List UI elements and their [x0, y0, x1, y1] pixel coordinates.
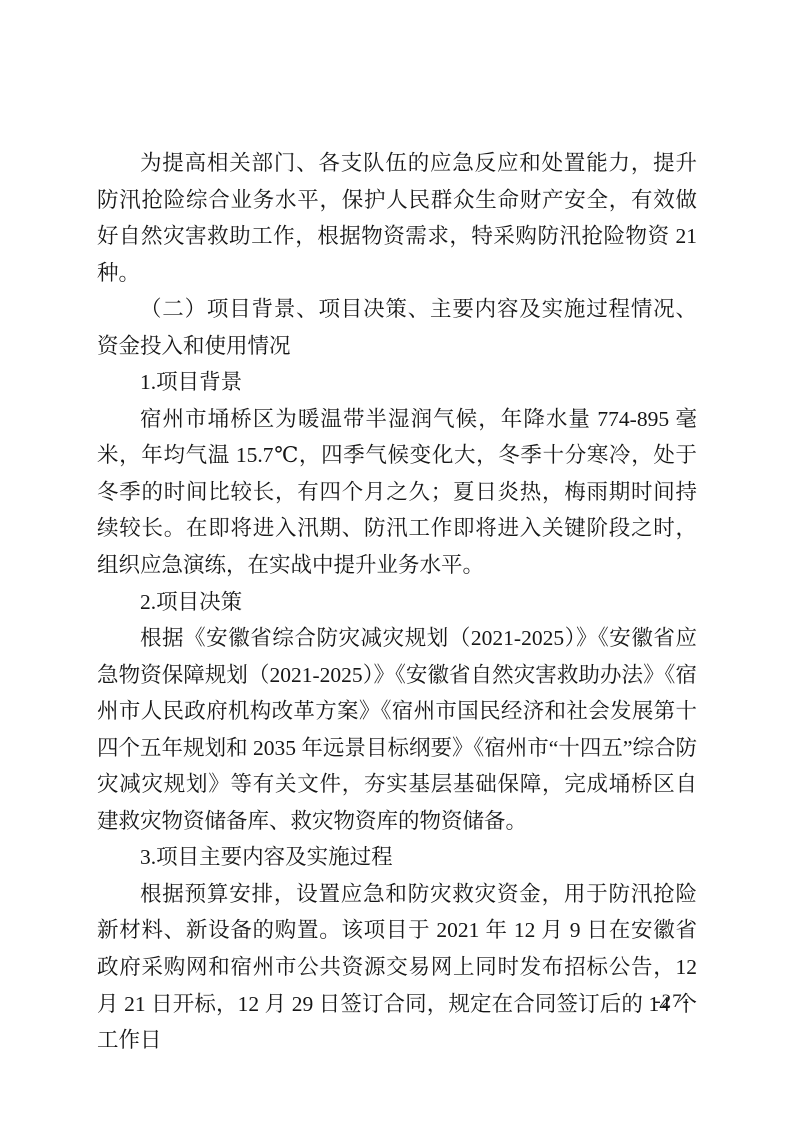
- body-paragraph: 根据预算安排，设置应急和防灾救灾资金，用于防汛抢险新材料、新设备的购置。该项目于…: [97, 876, 697, 1059]
- body-paragraph: 宿州市埇桥区为暖温带半湿润气候，年降水量 774-895 毫米，年均气温 15.…: [97, 401, 697, 584]
- heading-paragraph: 1.项目背景: [97, 364, 697, 401]
- heading-paragraph: （二）项目背景、项目决策、主要内容及实施过程情况、资金投入和使用情况: [97, 291, 697, 364]
- body-paragraph: 为提高相关部门、各支队伍的应急反应和处置能力，提升防汛抢险综合业务水平，保护人民…: [97, 145, 697, 291]
- document-body: 为提高相关部门、各支队伍的应急反应和处置能力，提升防汛抢险综合业务水平，保护人民…: [97, 145, 697, 1059]
- document-page: 为提高相关部门、各支队伍的应急反应和处置能力，提升防汛抢险综合业务水平，保护人民…: [0, 0, 793, 1122]
- body-paragraph: 根据《安徽省综合防灾减灾规划（2021-2025）》《安徽省应急物资保障规划（2…: [97, 620, 697, 839]
- heading-paragraph: 2.项目决策: [97, 584, 697, 621]
- page-number: -27-: [654, 991, 690, 1013]
- heading-paragraph: 3.项目主要内容及实施过程: [97, 839, 697, 876]
